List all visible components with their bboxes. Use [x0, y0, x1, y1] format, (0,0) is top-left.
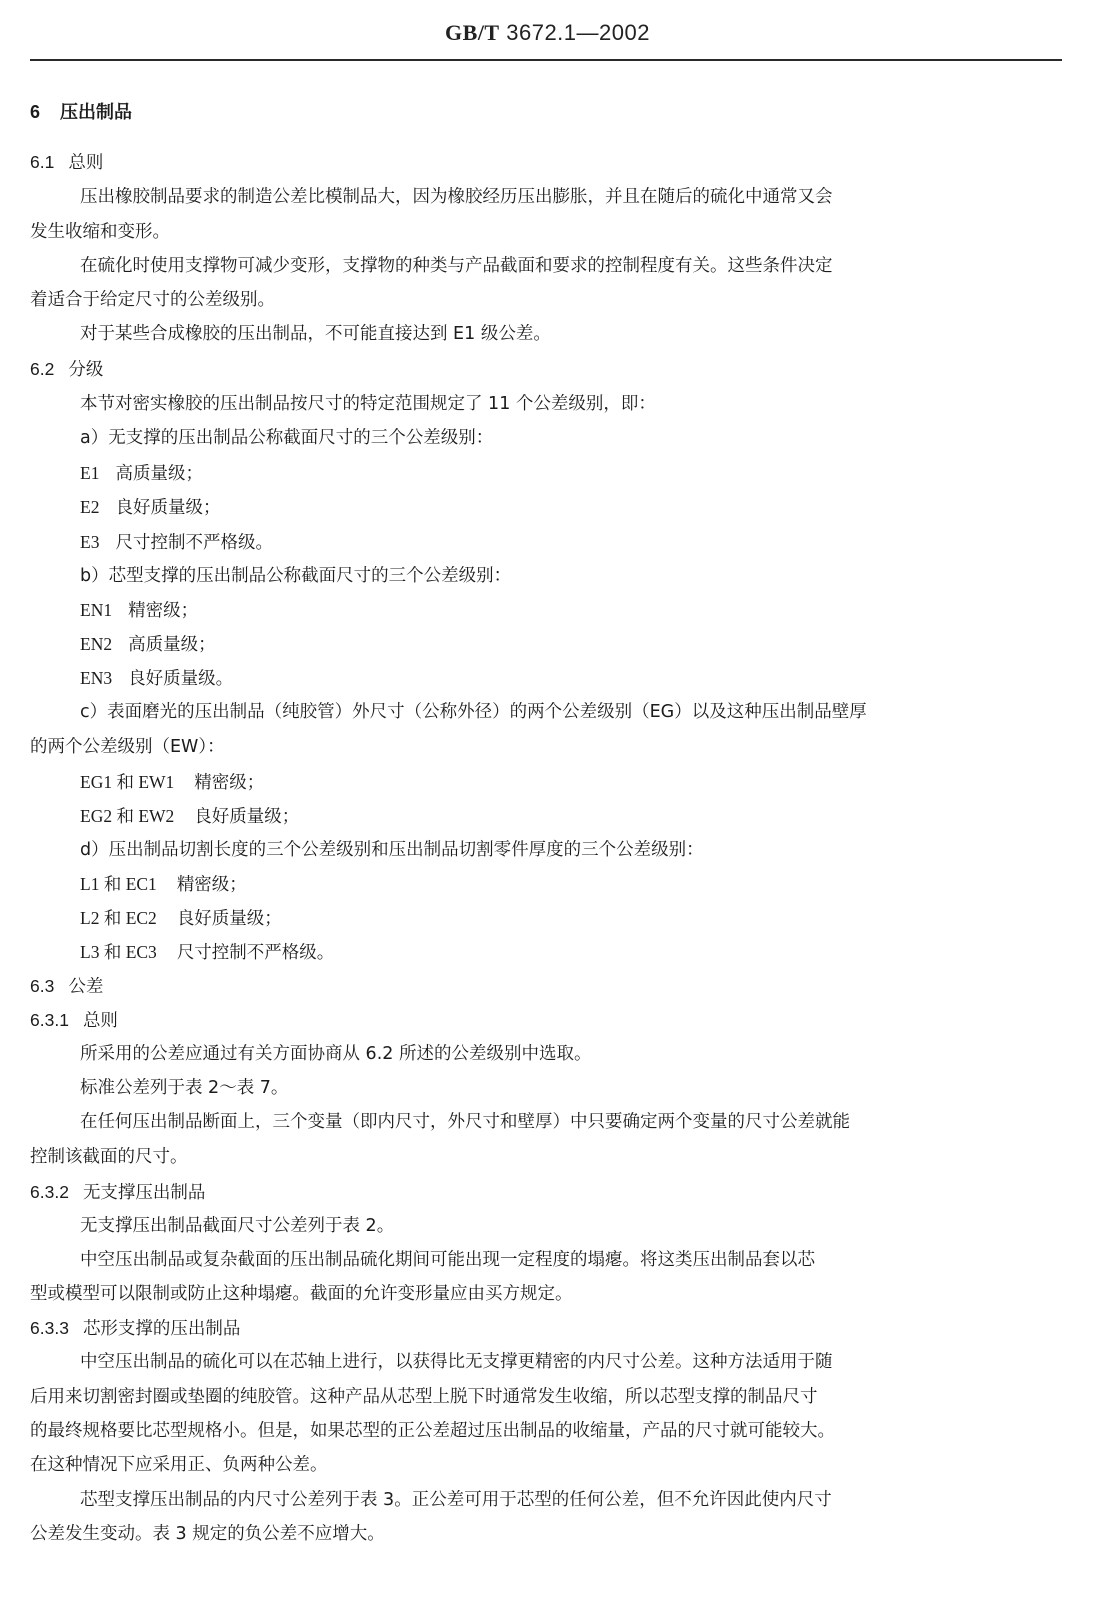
paragraph-line: 后用来切割密封圈或垫圈的纯胶管。这种产品从芯型上脱下时通常发生收缩，所以芯型支撑… [30, 1385, 818, 1409]
grade-item: EG1 和 EW1精密级； [80, 770, 264, 795]
grade-desc: 精密级； [128, 601, 198, 621]
paragraph-line: 本节对密实橡胶的压出制品按尺寸的特定范围规定了 11 个公差级别，即： [80, 392, 656, 416]
grade-desc: 良好质量级； [194, 807, 299, 827]
grade-code: L2 和 EC2 [80, 906, 157, 930]
section-6-3-3-heading: 6.3.3芯形支撑的压出制品 [30, 1316, 240, 1341]
section-title: 公差 [68, 977, 103, 997]
header-divider [30, 59, 1062, 61]
paragraph-line: 中空压出制品或复杂截面的压出制品硫化期间可能出现一定程度的塌瘪。将这类压出制品套… [80, 1248, 815, 1272]
list-heading-c-cont: 的两个公差级别（EW）： [30, 735, 225, 759]
paragraph-line: 在这种情况下应采用正、负两种公差。 [30, 1453, 328, 1477]
grade-code: EN3 [80, 666, 112, 690]
grade-code: E1 [80, 461, 99, 485]
standard-header: GB/T 3672.1—2002 [0, 20, 1095, 46]
paragraph-line: 型或模型可以限制或防止这种塌瘪。截面的允许变形量应由买方规定。 [30, 1282, 573, 1306]
grade-code: E3 [80, 530, 99, 554]
section-number: 6.3.1 [30, 1008, 69, 1032]
section-6-2-heading: 6.2分级 [30, 357, 103, 382]
section-6-1-heading: 6.1总则 [30, 150, 103, 175]
section-6-3-1-heading: 6.3.1总则 [30, 1008, 118, 1033]
grade-desc: 精密级； [194, 773, 264, 793]
section-title: 芯形支撑的压出制品 [83, 1319, 241, 1339]
section-6-3-heading: 6.3公差 [30, 974, 103, 999]
paragraph-line: 所采用的公差应通过有关方面协商从 6.2 所述的公差级别中选取。 [80, 1042, 591, 1066]
paragraph-line: 压出橡胶制品要求的制造公差比模制品大，因为橡胶经历压出膨胀，并且在随后的硫化中通… [80, 185, 833, 209]
grade-desc: 良好质量级； [115, 498, 220, 518]
paragraph-line: 发生收缩和变形。 [30, 220, 170, 244]
list-heading-c: c）表面磨光的压出制品（纯胶管）外尺寸（公称外径）的两个公差级别（EG）以及这种… [80, 700, 867, 724]
section-title: 总则 [83, 1011, 118, 1031]
grade-item: EN2高质量级； [80, 632, 216, 657]
grade-desc: 精密级； [177, 875, 247, 895]
grade-item: L1 和 EC1精密级； [80, 872, 247, 897]
grade-item: E2良好质量级； [80, 495, 220, 520]
section-number: 6.3 [30, 974, 54, 998]
grade-item: EN1精密级； [80, 598, 198, 623]
grade-code: E2 [80, 495, 99, 519]
grade-item: L2 和 EC2良好质量级； [80, 906, 282, 931]
paragraph-line: 着适合于给定尺寸的公差级别。 [30, 288, 275, 312]
grade-code: EG2 和 EW2 [80, 804, 174, 828]
grade-desc: 尺寸控制不严格级。 [115, 533, 273, 553]
section-title: 无支撑压出制品 [83, 1183, 206, 1203]
list-heading-d: d）压出制品切割长度的三个公差级别和压出制品切割零件厚度的三个公差级别： [80, 838, 704, 862]
grade-item: EN3良好质量级。 [80, 666, 233, 691]
grade-code: L3 和 EC3 [80, 940, 157, 964]
section-number: 6.3.2 [30, 1180, 69, 1204]
paragraph-line: 的最终规格要比芯型规格小。但是，如果芯型的正公差超过压出制品的收缩量，产品的尺寸… [30, 1419, 835, 1443]
grade-desc: 高质量级； [115, 464, 203, 484]
section-number: 6.3.3 [30, 1316, 69, 1340]
paragraph-line: 对于某些合成橡胶的压出制品，不可能直接达到 E1 级公差。 [80, 322, 551, 346]
paragraph-line: 芯型支撑压出制品的内尺寸公差列于表 3。正公差可用于芯型的任何公差，但不允许因此… [80, 1488, 832, 1512]
grade-desc: 尺寸控制不严格级。 [177, 943, 335, 963]
grade-item: E3尺寸控制不严格级。 [80, 530, 273, 555]
section-number: 6.1 [30, 150, 54, 174]
section-6-heading: 6压出制品 [30, 100, 132, 125]
section-6-3-2-heading: 6.3.2无支撑压出制品 [30, 1180, 205, 1205]
section-title: 总则 [68, 153, 103, 173]
list-heading-b: b）芯型支撑的压出制品公称截面尺寸的三个公差级别： [80, 564, 511, 588]
paragraph-line: 标准公差列于表 2～表 7。 [80, 1076, 288, 1100]
grade-item: L3 和 EC3尺寸控制不严格级。 [80, 940, 334, 965]
section-number: 6 [30, 100, 40, 124]
section-title: 分级 [68, 360, 103, 380]
grade-code: L1 和 EC1 [80, 872, 157, 896]
grade-desc: 良好质量级。 [128, 669, 233, 689]
paragraph-line: 在任何压出制品断面上，三个变量（即内尺寸，外尺寸和壁厚）中只要确定两个变量的尺寸… [80, 1110, 850, 1134]
list-heading-a: a）无支撑的压出制品公称截面尺寸的三个公差级别： [80, 426, 493, 450]
grade-code: EN1 [80, 598, 112, 622]
grade-item: E1高质量级； [80, 461, 203, 486]
section-title: 压出制品 [60, 102, 132, 123]
standard-number: 3672.1—2002 [506, 20, 650, 45]
grade-desc: 良好质量级； [177, 909, 282, 929]
paragraph-line: 无支撑压出制品截面尺寸公差列于表 2。 [80, 1214, 394, 1238]
paragraph-line: 在硫化时使用支撑物可减少变形，支撑物的种类与产品截面和要求的控制程度有关。这些条… [80, 254, 833, 278]
grade-desc: 高质量级； [128, 635, 216, 655]
grade-item: EG2 和 EW2良好质量级； [80, 804, 299, 829]
paragraph-line: 中空压出制品的硫化可以在芯轴上进行，以获得比无支撑更精密的内尺寸公差。这种方法适… [80, 1350, 833, 1374]
grade-code: EN2 [80, 632, 112, 656]
standard-prefix: GB/T [445, 20, 500, 45]
section-number: 6.2 [30, 357, 54, 381]
grade-code: EG1 和 EW1 [80, 770, 174, 794]
paragraph-line: 公差发生变动。表 3 规定的负公差不应增大。 [30, 1522, 385, 1546]
paragraph-line: 控制该截面的尺寸。 [30, 1145, 188, 1169]
